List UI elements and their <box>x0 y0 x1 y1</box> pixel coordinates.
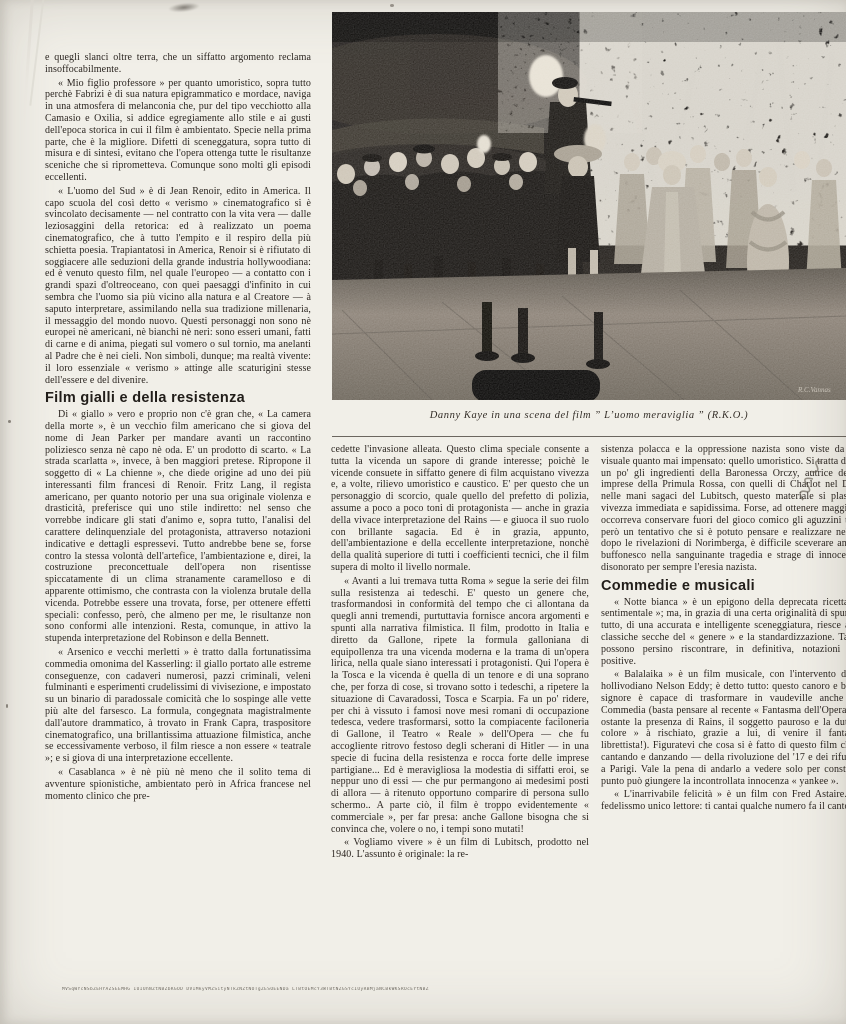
scan-speck <box>8 420 11 423</box>
section-heading: Commedie e musicali <box>601 581 846 593</box>
paragraph: « L'inarrivabile felicità » è un film co… <box>601 789 846 813</box>
film-still-illustration: R.C.Vannas <box>332 12 846 400</box>
article-column-middle: cedette l'invasione alleata. Questo clim… <box>331 444 589 861</box>
scan-smudge <box>168 1 201 13</box>
paragraph: Di « giallo » vero e proprio non c'è gra… <box>45 409 311 645</box>
article-column-left: e quegli slanci oltre terra, che un siff… <box>45 52 311 802</box>
caption-divider-rule <box>332 436 846 437</box>
paragraph: e quegli slanci oltre terra, che un siff… <box>45 52 311 76</box>
printers-fineprint: MVSqWYcNSbZEHYAZSEEMHG IUIUhNZtNBZbKGOD … <box>62 987 710 992</box>
scan-speck <box>6 704 8 708</box>
paragraph: « L'uomo del Sud » è di Jean Renoir, edi… <box>45 186 311 387</box>
scanned-magazine-page: e quegli slanci oltre terra, che un siff… <box>0 0 846 1024</box>
scan-speck <box>390 4 394 7</box>
paragraph: « Balalaika » è un film musicale, con l'… <box>601 669 846 787</box>
paragraph: cedette l'invasione alleata. Questo clim… <box>331 444 589 574</box>
paragraph: « Mio figlio professore » per quanto umo… <box>45 78 311 184</box>
photo-grain <box>332 12 846 400</box>
paragraph: « Casablanca » è nè più nè meno che il s… <box>45 767 311 802</box>
scan-crease <box>21 0 34 144</box>
paragraph: « Avanti a lui tremava tutta Roma » segu… <box>331 576 589 836</box>
paragraph: « Vogliamo vivere » è un film di Lubitsc… <box>331 837 589 861</box>
paragraph: « Notte bianca » è un epigono della depr… <box>601 597 846 668</box>
section-heading: Film gialli e della resistenza <box>45 393 311 405</box>
film-still-photo: R.C.Vannas <box>332 12 846 400</box>
paragraph: « Arsenico e vecchi merletti » è tratto … <box>45 647 311 765</box>
photo-caption: Danny Kaye in una scena del film ” L’uom… <box>332 410 846 421</box>
